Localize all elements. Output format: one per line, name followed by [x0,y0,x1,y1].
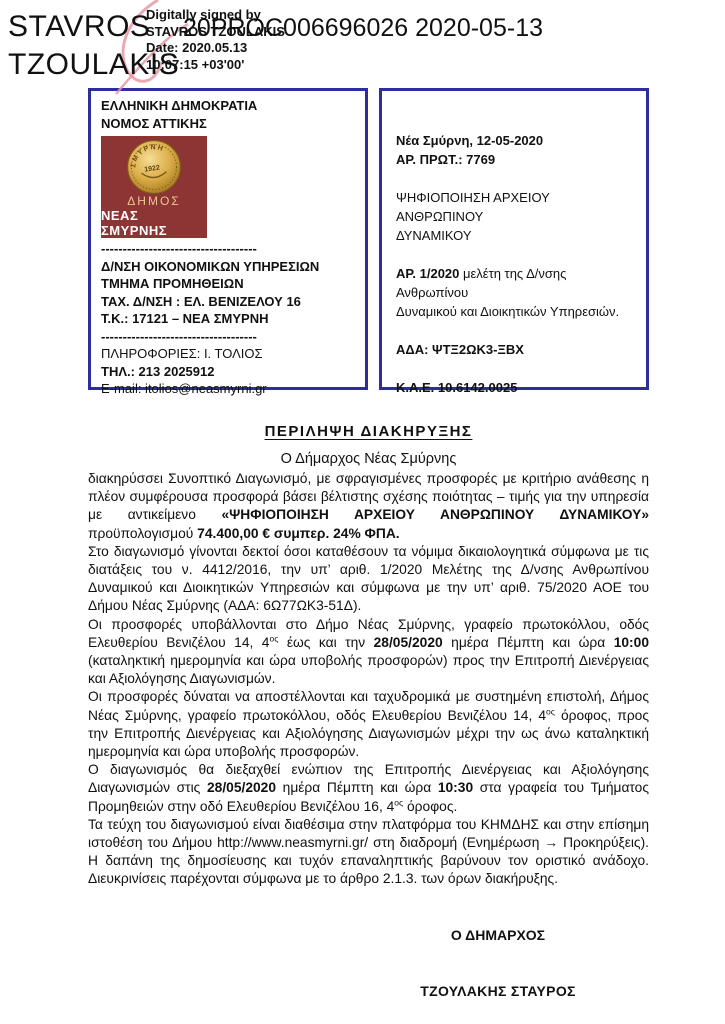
paragraph: Τα τεύχη του διαγωνισμού είναι διαθέσιμα… [88,816,649,889]
text-line: ΝΟΜΟΣ ΑΤΤΙΚΗΣ [101,115,355,133]
paragraph: Οι προσφορές υποβάλλονται στο Δήμο Νέας … [88,616,649,689]
text-line: Δυναμικού και Διοικητικών Υπηρεσιών. [396,302,634,321]
digital-signature-stamp: STAVROS TZOULAKIS Digitally signed by ST… [0,0,725,88]
text-line: ΑΡ. ΠΡΩΤ.: 7769 [396,150,634,169]
logo-label-neas-smyrnis: ΝΕΑΣ ΣΜΥΡΝΗΣ [101,208,207,238]
text-line [396,359,634,378]
text-line: ------------------------------------ [101,240,355,258]
text-line: ------------------------------------ [101,328,355,346]
header-right-box: Νέα Σμύρνη, 12-05-2020ΑΡ. ΠΡΩΤ.: 7769 ΨΗ… [379,88,649,390]
text-line: ΤΗΛ.: 213 2025912 [101,363,355,381]
details-line: 10:07:15 +03'00' [146,57,285,74]
text-line: Δ/ΝΣΗ ΟΙΚΟΝΟΜΙΚΩΝ ΥΠΗΡΕΣΙΩΝ [101,258,355,276]
procurement-registry-code: 20PROC006696026 2020-05-13 [183,14,543,43]
text-line: ΔΥΝΑΜΙΚΟΥ [396,226,634,245]
logo-label-dimos: ΔΗΜΟΣ [127,195,180,208]
signature-role: Ο ΔΗΜΑΡΧΟΣ [383,927,613,943]
header-left-box: ΕΛΛΗΝΙΚΗ ΔΗΜΟΚΡΑΤΙΑΝΟΜΟΣ ΑΤΤΙΚΗΣ [88,88,368,390]
text-line: ΑΡ. 1/2020 μελέτη της Δ/νσης Ανθρωπίνου [396,264,634,302]
text-line: ΤΜΗΜΑ ΠΡΟΜΗΘΕΙΩΝ [101,275,355,293]
text-line: Κ.Α.Ε. 10.6142.0025 [396,378,634,397]
text-line: ΠΛΗΡΟΦΟΡΙΕΣ: Ι. ΤΟΛΙΟΣ [101,345,355,363]
text-line: ΤΑΧ. Δ/ΝΣΗ : ΕΛ. ΒΕΝΙΖΕΛΟΥ 16 [101,293,355,311]
paragraph: διακηρύσσει Συνοπτικό Διαγωνισμό, με σφρ… [88,470,649,543]
text-line [396,321,634,340]
department-contact-lines: ------------------------------------Δ/ΝΣ… [101,240,355,398]
text-line: Νέα Σμύρνη, 12-05-2020 [396,131,634,150]
document-title: ΠΕΡΙΛΗΨΗ ΔΙΑΚΗΡΥΞΗΣ [88,423,649,440]
document-subtitle: Ο Δήμαρχος Νέας Σμύρνης [88,451,649,467]
text-line [396,245,634,264]
text-line: E-mail: itolios@neasmyrni.gr [101,380,355,398]
page-content: ΕΛΛΗΝΙΚΗ ΔΗΜΟΚΡΑΤΙΑΝΟΜΟΣ ΑΤΤΙΚΗΣ [0,88,725,999]
text-line: ΨΗΦΙΟΠΟΙΗΣΗ ΑΡΧΕΙΟΥ ΑΝΘΡΩΠΙΝΟΥ [396,188,634,226]
text-line: Τ.Κ.: 17121 – ΝΕΑ ΣΜΥΡΝΗ [101,310,355,328]
text-line: ΑΔΑ: ΨΤΞ2ΩΚ3-ΞΒΧ [396,340,634,359]
header-boxes: ΕΛΛΗΝΙΚΗ ΔΗΜΟΚΡΑΤΙΑΝΟΜΟΣ ΑΤΤΙΚΗΣ [88,88,649,390]
authority-lines: ΕΛΛΗΝΙΚΗ ΔΗΜΟΚΡΑΤΙΑΝΟΜΟΣ ΑΤΤΙΚΗΣ [101,97,355,132]
paragraph: Στο διαγωνισμό γίνονται δεκτοί όσοι κατα… [88,543,649,616]
text-line [396,169,634,188]
signature-block: Ο ΔΗΜΑΡΧΟΣ ΤΖΟΥΛΑΚΗΣ ΣΤΑΥΡΟΣ [383,927,613,999]
municipality-logo: ΣΜΥΡΝΗ 1922 ΔΗΜΟΣ ΝΕΑΣ ΣΜΥΡΝΗΣ [101,136,207,238]
logo-coin-icon: ΣΜΥΡΝΗ 1922 [123,139,185,195]
paragraph: Οι προσφορές δύναται να αποστέλλονται κα… [88,688,649,761]
signature-name: ΤΖΟΥΛΑΚΗΣ ΣΤΑΥΡΟΣ [383,983,613,999]
paragraph: Ο διαγωνισμός θα διεξαχθεί ενώπιον της Ε… [88,761,649,816]
document-page: { "stamp": { "signer_line1": "STAVROS", … [0,0,725,1024]
body-paragraphs: διακηρύσσει Συνοπτικό Διαγωνισμό, με σφρ… [88,470,649,889]
protocol-lines: Νέα Σμύρνη, 12-05-2020ΑΡ. ΠΡΩΤ.: 7769 ΨΗ… [396,131,634,397]
